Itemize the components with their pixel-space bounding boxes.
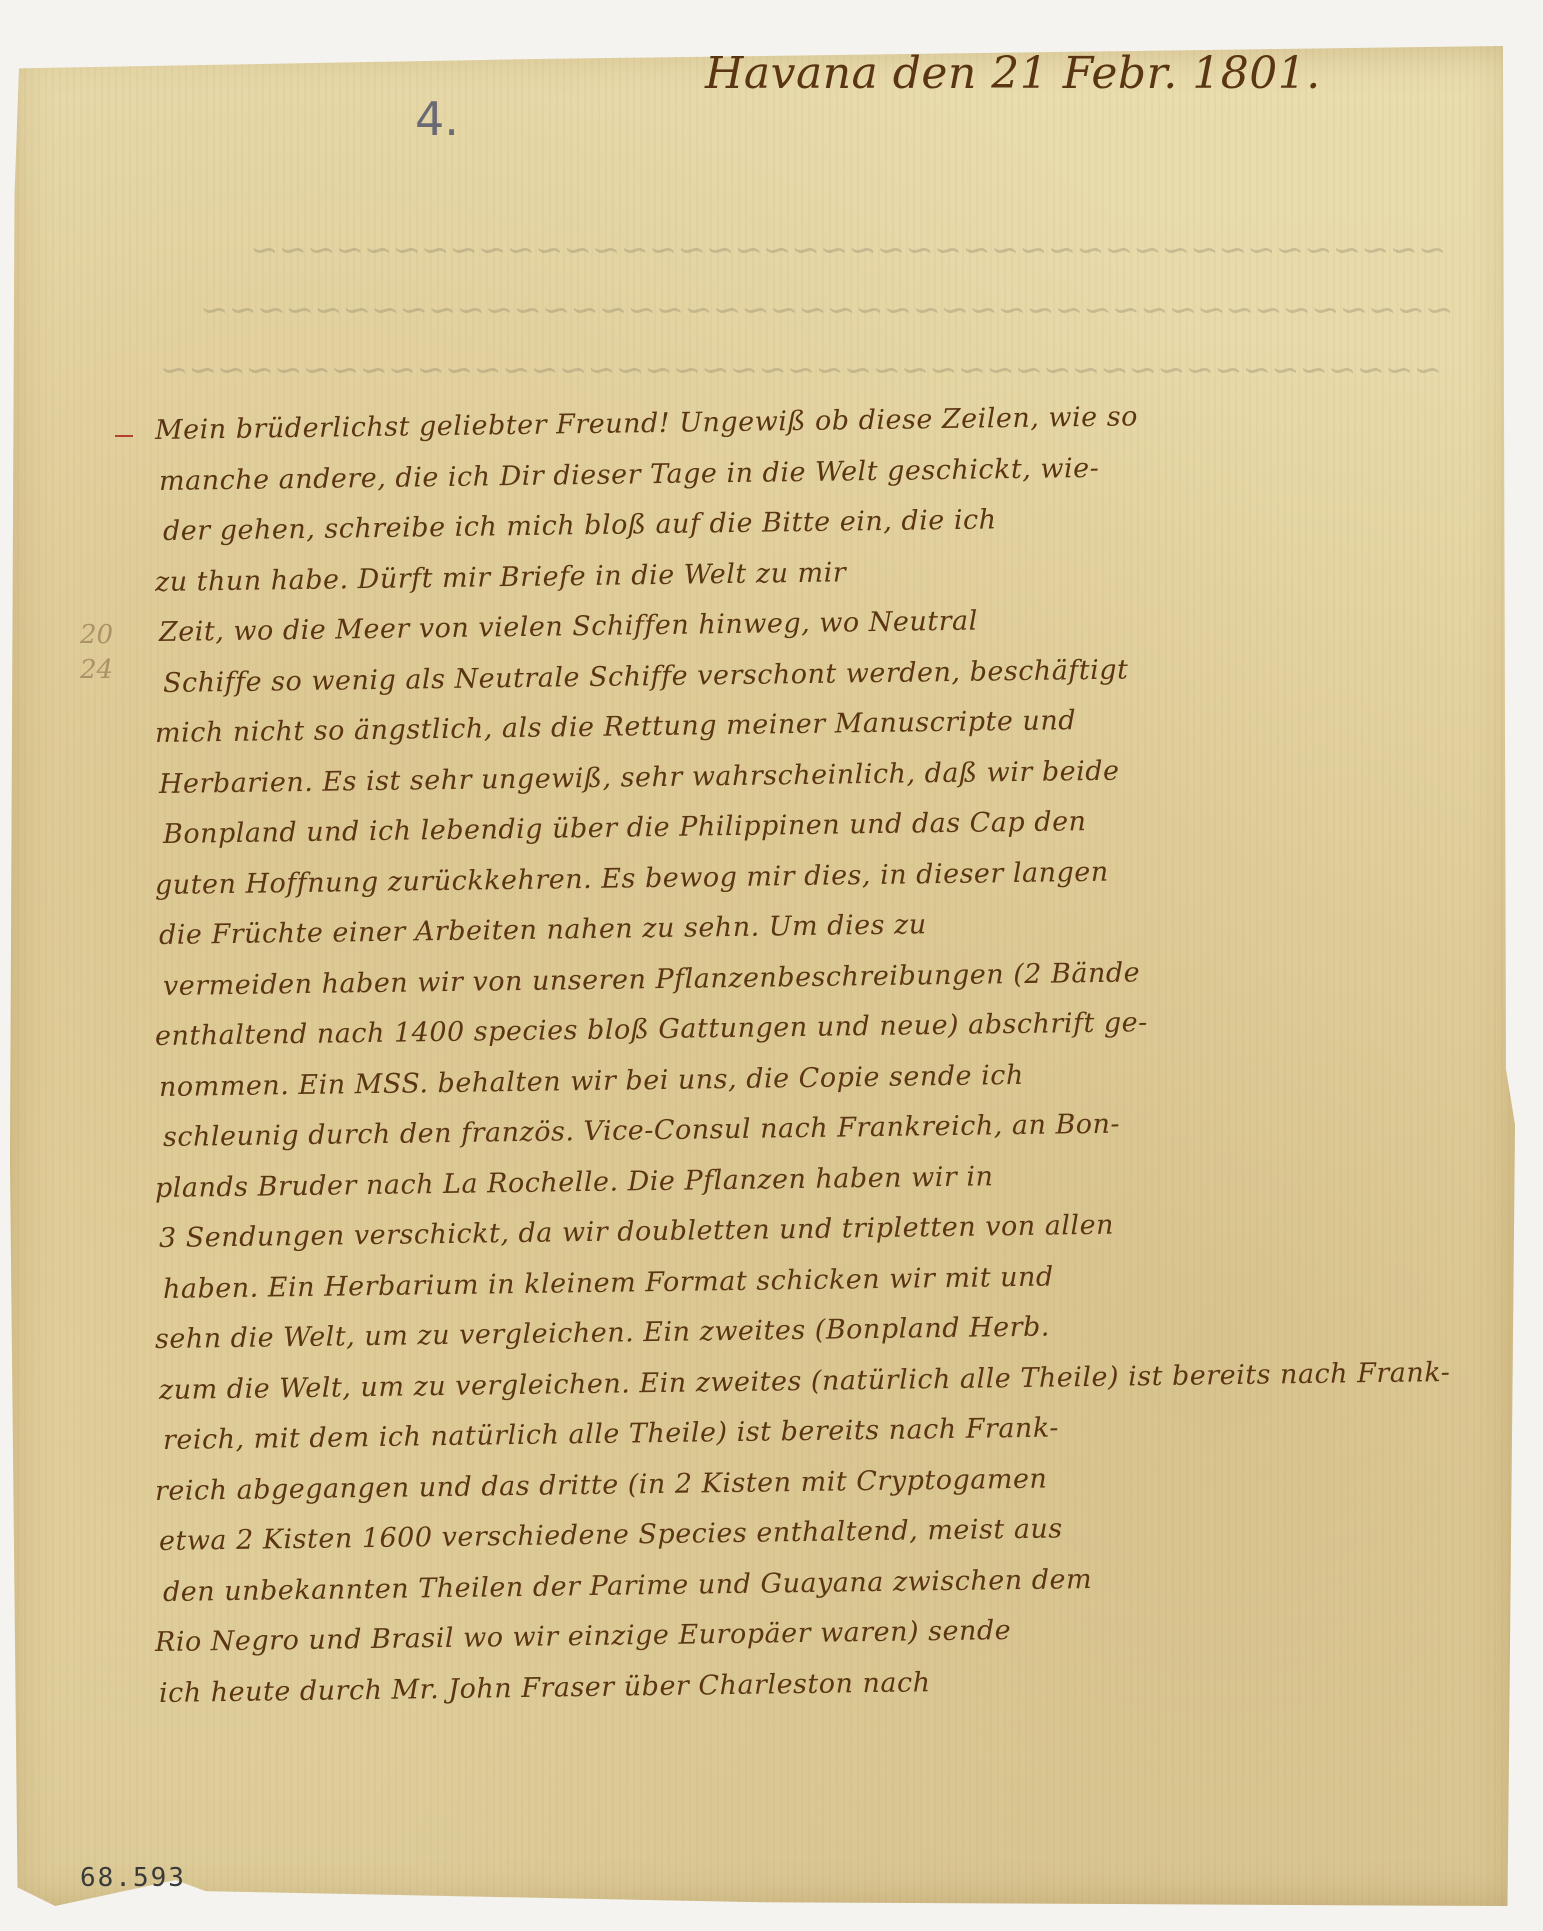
margin-note: 24 bbox=[80, 655, 113, 685]
catalog-number: 68.593 bbox=[80, 1863, 186, 1893]
bleed-through-text: ~~~~~~~~~~~~~~~~~~~~~~~~~~~~~~~~~~~~~~~~… bbox=[250, 230, 1447, 270]
bleed-through-text: ~~~~~~~~~~~~~~~~~~~~~~~~~~~~~~~~~~~~~~~~… bbox=[160, 350, 1442, 390]
margin-note: 20 bbox=[80, 620, 113, 650]
bleed-through-text: ~~~~~~~~~~~~~~~~~~~~~~~~~~~~~~~~~~~~~~~~… bbox=[200, 290, 1453, 330]
place-date-heading: Havana den 21 Febr. 1801. bbox=[705, 48, 1321, 99]
page-number: 4. bbox=[415, 92, 459, 146]
margin-red-mark bbox=[115, 435, 133, 437]
